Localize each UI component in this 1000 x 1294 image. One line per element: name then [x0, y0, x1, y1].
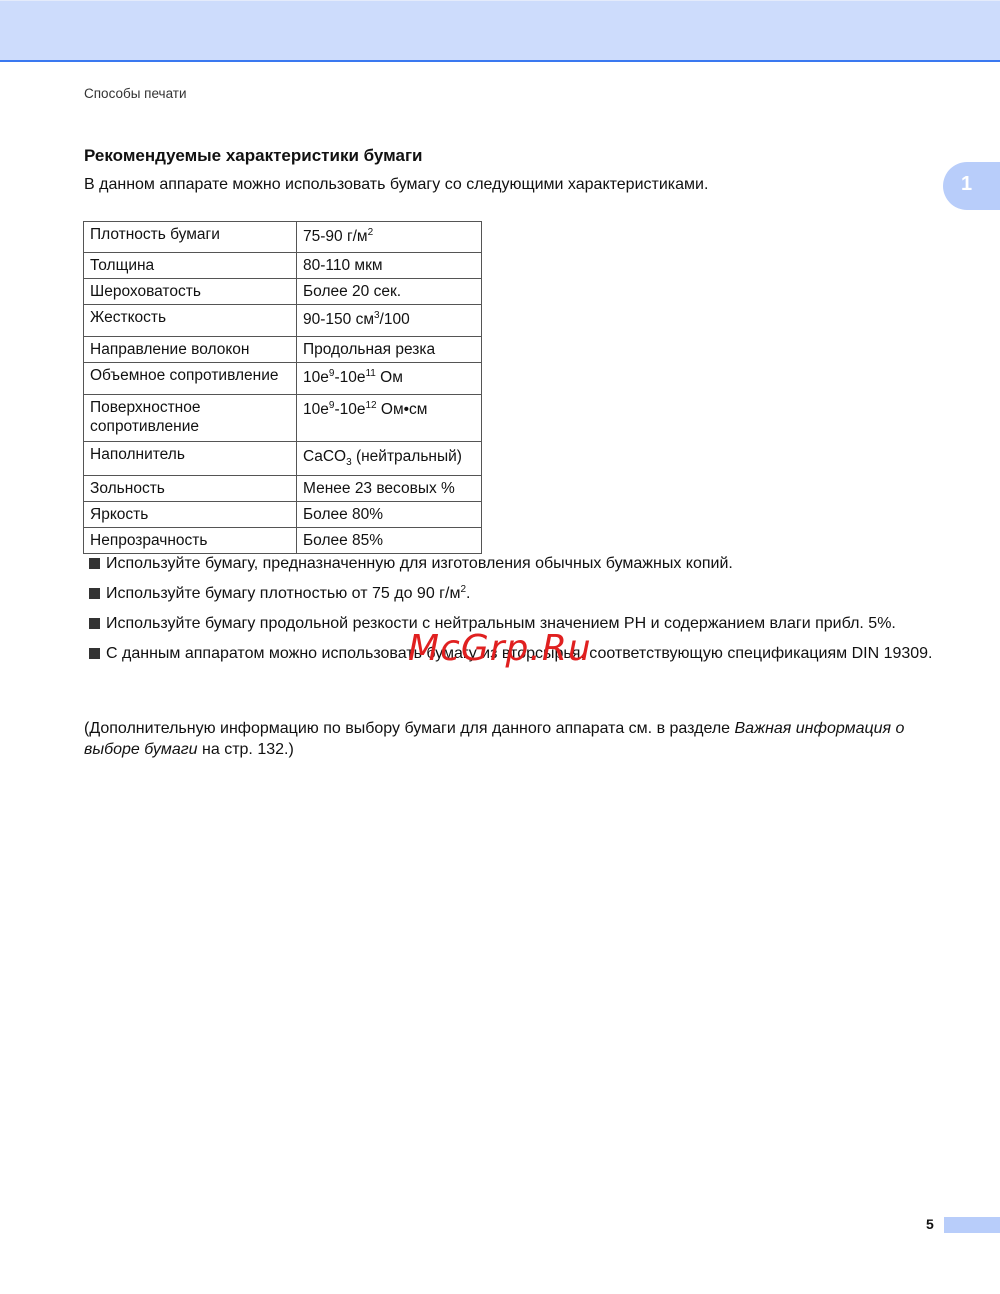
- spec-key: Яркость: [84, 502, 297, 528]
- spec-value: Более 20 сек.: [297, 279, 482, 305]
- section-title: Рекомендуемые характеристики бумаги: [84, 146, 422, 166]
- table-row: Объемное сопротивление 10e9-10e11 Ом: [84, 363, 482, 395]
- running-head: Способы печати: [84, 86, 187, 101]
- spec-key: Объемное сопротивление: [84, 363, 297, 395]
- table-row: Яркость Более 80%: [84, 502, 482, 528]
- spec-key: Направление волокон: [84, 337, 297, 363]
- table-row: Шероховатость Более 20 сек.: [84, 279, 482, 305]
- spec-value: Более 85%: [297, 528, 482, 554]
- table-row: Непрозрачность Более 85%: [84, 528, 482, 554]
- spec-value: CaCO3 (нейтральный): [297, 442, 482, 476]
- table-row: Жесткость 90-150 см3/100: [84, 305, 482, 337]
- spec-key: Плотность бумаги: [84, 222, 297, 253]
- spec-key: Непрозрачность: [84, 528, 297, 554]
- spec-value: Менее 23 весовых %: [297, 476, 482, 502]
- intro-paragraph: В данном аппарате можно использовать бум…: [84, 176, 708, 194]
- footer-bar: [944, 1217, 1000, 1233]
- list-item: Используйте бумагу, предназначенную для …: [88, 553, 948, 574]
- spec-key: Жесткость: [84, 305, 297, 337]
- spec-value: 90-150 см3/100: [297, 305, 482, 337]
- header-rule: [0, 60, 1000, 62]
- spec-value: Продольная резка: [297, 337, 482, 363]
- spec-key: Зольность: [84, 476, 297, 502]
- paper-spec-table: Плотность бумаги 75-90 г/м2 Толщина 80-1…: [83, 221, 482, 554]
- spec-key: Поверхностное сопротивление: [84, 395, 297, 442]
- page-number: 5: [926, 1216, 934, 1232]
- table-row: Наполнитель CaCO3 (нейтральный): [84, 442, 482, 476]
- chapter-number: 1: [961, 173, 972, 196]
- spec-key: Толщина: [84, 253, 297, 279]
- square-bullet-icon: [89, 558, 100, 569]
- spec-value: 80-110 мкм: [297, 253, 482, 279]
- list-item: Используйте бумагу плотностью от 75 до 9…: [88, 583, 948, 604]
- header-band: [0, 0, 1000, 60]
- square-bullet-icon: [89, 588, 100, 599]
- table-row: Толщина 80-110 мкм: [84, 253, 482, 279]
- spec-value: 75-90 г/м2: [297, 222, 482, 253]
- spec-key: Наполнитель: [84, 442, 297, 476]
- spec-key: Шероховатость: [84, 279, 297, 305]
- watermark: McGrp.Ru: [408, 628, 592, 669]
- table-row: Поверхностное сопротивление 10e9-10e12 О…: [84, 395, 482, 442]
- square-bullet-icon: [89, 618, 100, 629]
- table-row: Зольность Менее 23 весовых %: [84, 476, 482, 502]
- cross-reference-note: (Дополнительную информацию по выбору бум…: [84, 718, 944, 760]
- table-row: Плотность бумаги 75-90 г/м2: [84, 222, 482, 253]
- spec-value: 10e9-10e12 Ом•см: [297, 395, 482, 442]
- square-bullet-icon: [89, 648, 100, 659]
- table-row: Направление волокон Продольная резка: [84, 337, 482, 363]
- spec-value: 10e9-10e11 Ом: [297, 363, 482, 395]
- chapter-tab: 1: [943, 162, 1000, 210]
- spec-value: Более 80%: [297, 502, 482, 528]
